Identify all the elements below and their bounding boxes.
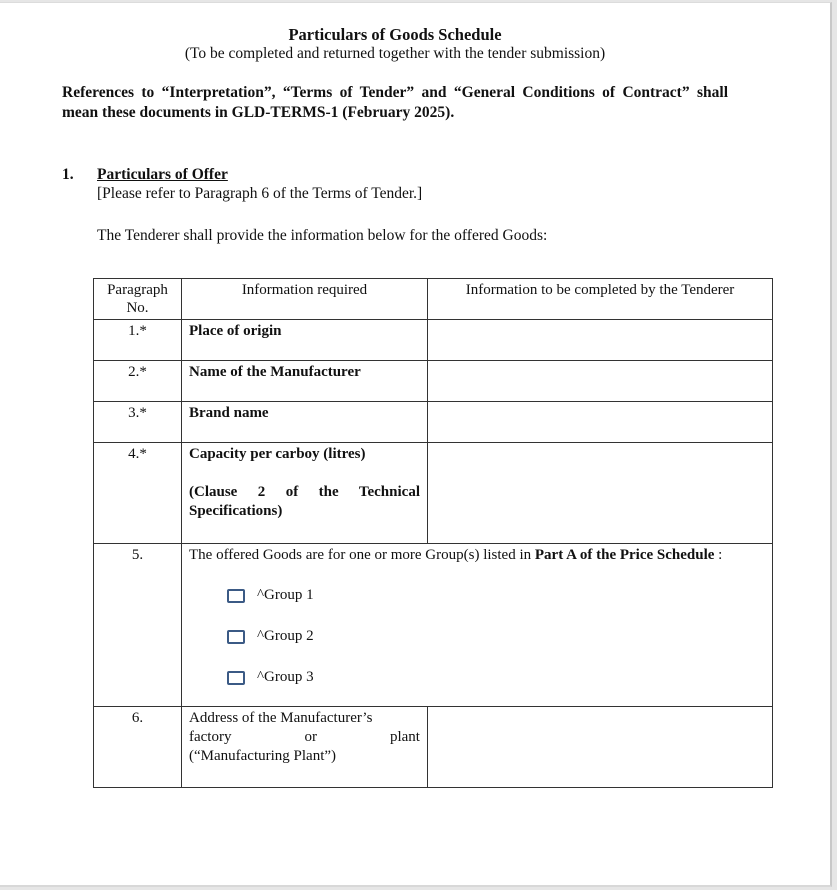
section-note: [Please refer to Paragraph 6 of the Term… xyxy=(97,185,422,203)
group-checkbox-list: ^Group 1 ^Group 2 ^Group 3 xyxy=(189,565,765,704)
table-row: 2.* Name of the Manufacturer xyxy=(94,361,773,402)
document-page: Particulars of Goods Schedule (To be com… xyxy=(0,2,832,887)
references-paragraph: References to “Interpretation”, “Terms o… xyxy=(62,83,728,123)
tenderer-input-capacity[interactable] xyxy=(428,443,773,544)
group-option-1[interactable]: ^Group 1 xyxy=(227,575,765,616)
header-information-completed: Information to be completed by the Tende… xyxy=(428,279,773,320)
information-label: Capacity per carboy (litres) xyxy=(189,445,420,464)
group-selection-label: The offered Goods are for one or more Gr… xyxy=(189,546,765,565)
information-label-line: (“Manufacturing Plant”) xyxy=(189,747,420,766)
table-row: 1.* Place of origin xyxy=(94,320,773,361)
table-row: 5. The offered Goods are for one or more… xyxy=(94,544,773,707)
group-option-label: ^Group 1 xyxy=(257,586,314,605)
particulars-table: Paragraph No. Information required Infor… xyxy=(93,278,773,788)
tenderer-input-place-of-origin[interactable] xyxy=(428,320,773,361)
paragraph-number: 1.* xyxy=(94,320,182,361)
information-label-line: Address of the Manufacturer’s xyxy=(189,709,420,728)
group-option-label: ^Group 2 xyxy=(257,627,314,646)
header-paragraph-no: Paragraph No. xyxy=(94,279,182,320)
table-row: 3.* Brand name xyxy=(94,402,773,443)
group-selection-cell: The offered Goods are for one or more Gr… xyxy=(182,544,773,707)
group-option-3[interactable]: ^Group 3 xyxy=(227,657,765,698)
section-title: Particulars of Offer xyxy=(97,166,228,184)
information-sublabel: (Clause 2 of the Technical Specification… xyxy=(189,483,420,521)
paragraph-number: 3.* xyxy=(94,402,182,443)
information-label: Place of origin xyxy=(182,320,428,361)
header-information-required: Information required xyxy=(182,279,428,320)
group-option-2[interactable]: ^Group 2 xyxy=(227,616,765,657)
paragraph-number: 4.* xyxy=(94,443,182,544)
paragraph-number: 6. xyxy=(94,707,182,788)
section-intro: The Tenderer shall provide the informati… xyxy=(97,227,547,245)
tenderer-input-plant-address[interactable] xyxy=(428,707,773,788)
information-label: Brand name xyxy=(182,402,428,443)
tenderer-input-manufacturer[interactable] xyxy=(428,361,773,402)
document-subtitle: (To be completed and returned together w… xyxy=(0,45,790,63)
tenderer-input-brand-name[interactable] xyxy=(428,402,773,443)
information-label-line: factory or plant xyxy=(189,728,420,747)
table-row: 4.* Capacity per carboy (litres) (Clause… xyxy=(94,443,773,544)
checkbox-icon[interactable] xyxy=(227,671,245,685)
label-suffix: : xyxy=(714,547,722,563)
label-word: plant xyxy=(390,728,420,747)
table-row: 6. Address of the Manufacturer’s factory… xyxy=(94,707,773,788)
label-word: factory xyxy=(189,728,231,747)
label-word: or xyxy=(304,728,317,747)
group-option-label: ^Group 3 xyxy=(257,668,314,687)
information-cell: Capacity per carboy (litres) (Clause 2 o… xyxy=(182,443,428,544)
information-cell: Address of the Manufacturer’s factory or… xyxy=(182,707,428,788)
document-title: Particulars of Goods Schedule xyxy=(0,25,790,45)
label-text: The offered Goods are for one or more Gr… xyxy=(189,547,535,563)
table-header-row: Paragraph No. Information required Infor… xyxy=(94,279,773,320)
label-bold-text: Part A of the Price Schedule xyxy=(535,547,715,563)
information-label: Name of the Manufacturer xyxy=(182,361,428,402)
paragraph-number: 5. xyxy=(94,544,182,707)
paragraph-number: 2.* xyxy=(94,361,182,402)
checkbox-icon[interactable] xyxy=(227,630,245,644)
section-number: 1. xyxy=(62,166,74,184)
checkbox-icon[interactable] xyxy=(227,589,245,603)
